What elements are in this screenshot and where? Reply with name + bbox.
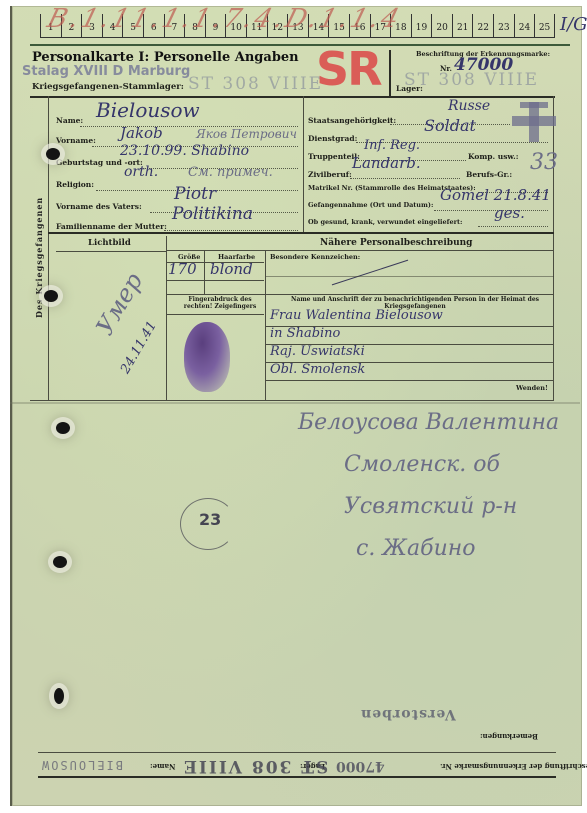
footer-name-label: Name: — [150, 762, 175, 771]
gefangen-value: Gomel 21.8.41 — [440, 186, 551, 204]
religion-value: orth. — [124, 164, 158, 180]
contact-line-3: Raj. Uswiatski — [270, 344, 365, 359]
fingerprint — [184, 322, 230, 392]
zivilberuf-value: Landarb. — [352, 154, 421, 172]
corner-mark: I/G — [560, 14, 587, 35]
footer-lager: ST 308 VIIIE — [182, 756, 328, 776]
komp-label: Komp. usw.: — [468, 152, 519, 161]
contact-line-4: Obl. Smolensk — [270, 362, 365, 377]
name-label: Name: — [56, 116, 83, 125]
pencil-line-2: Смоленск. об — [344, 452, 500, 477]
haarfarbe-value: blond — [210, 260, 253, 278]
bullet-hole — [44, 290, 58, 302]
number-box: 21 — [452, 14, 473, 38]
kennzeichen-line — [266, 276, 554, 277]
number-box: 23 — [493, 14, 514, 38]
bemerkungen-label: Bemerkungen: — [480, 732, 538, 741]
description-divider — [265, 250, 266, 400]
red-number-scrawl: B.1.11.1.1.7.4.D.1.1.4 — [44, 4, 405, 34]
fingerprint-top-rule — [166, 294, 554, 295]
contact-rule-4 — [266, 380, 554, 381]
geburt-value: 23.10.99. Shabino — [120, 143, 249, 159]
description-header: Nähere Personalbeschreibung — [320, 238, 472, 248]
middle-divider — [303, 96, 304, 232]
gefangen-line — [434, 210, 548, 211]
number-box: 19 — [411, 14, 432, 38]
size-value-rule — [166, 280, 264, 281]
photo-label: Lichtbild — [88, 238, 131, 248]
footer-bottom-rule — [38, 776, 556, 778]
photo-divider — [166, 236, 167, 400]
berufs-value: 33 — [530, 150, 558, 175]
gesund-label: Ob gesund, krank, verwundet eingeliefert… — [308, 218, 462, 226]
religion-pencil: См. примеч. — [188, 165, 273, 180]
gesund-value: ges. — [494, 204, 525, 222]
vorname-label: Vorname: — [56, 136, 96, 145]
number-box: 25 — [534, 14, 555, 38]
wenden-label: Wenden! — [516, 384, 548, 392]
religion-label: Religion: — [56, 180, 94, 189]
cross-stamp — [512, 102, 556, 142]
footer-rule — [38, 752, 556, 753]
lager-stamp: ST 308 VIIIE — [404, 70, 539, 90]
bullet-hole — [53, 556, 67, 568]
stammlager-label: Kriegsgefangenen-Stammlager: — [32, 82, 184, 92]
card-title: Personalkarte I: Personelle Angaben — [32, 50, 299, 65]
mutter-label: Familienname der Mutter: — [56, 222, 167, 231]
number-box: 24 — [514, 14, 535, 38]
mutter-line — [164, 230, 298, 231]
footer-number: 47000 — [336, 758, 385, 774]
stammlager-stamp: ST 308 VIIIE — [188, 74, 323, 94]
header-rule — [30, 44, 570, 46]
bullet-hole — [46, 148, 60, 160]
berufs-label: Berufs-Gr.: — [466, 170, 512, 179]
stalag-stamp: Stalag XVIII D Marburg — [22, 64, 190, 79]
truppenteil-value: Inf. Reg. — [364, 138, 420, 153]
left-frame — [48, 96, 49, 401]
dienstgrad-label: Dienstgrad: — [308, 134, 357, 143]
zivilberuf-label: Zivilberuf: — [308, 170, 352, 179]
contact-line-1: Frau Walentina Bielousow — [270, 308, 443, 323]
side-text: Des Kriegsgefangenen — [34, 197, 44, 318]
mutter-value: Politikina — [172, 204, 253, 224]
upper-bottom-rule — [30, 400, 554, 401]
contact-line-2: in Shabino — [270, 326, 340, 341]
verstorben-stamp: Verstorben — [360, 706, 456, 722]
fold-line — [10, 402, 580, 404]
staat-value: Russe — [448, 98, 490, 114]
footer-name: BIELOUSOW — [40, 758, 123, 772]
zivilberuf-line — [350, 178, 460, 179]
photo-rule — [56, 251, 166, 252]
header-divider — [389, 50, 391, 96]
vorname-pencil: Яков Петрович — [196, 127, 297, 141]
number-box: 20 — [431, 14, 452, 38]
fingerprint-label: Fingerabdruck des rechten! Zeigefingers — [180, 296, 260, 310]
name-value: Bielousow — [96, 98, 200, 122]
bullet-hole — [56, 422, 70, 434]
staat-label: Staatsangehörigkeit: — [308, 116, 396, 125]
gefangen-label: Gefangennahme (Ort und Datum): — [308, 201, 433, 209]
vater-value: Piotr — [174, 184, 216, 204]
pencil-line-4: с. Жабино — [356, 536, 475, 561]
fingerprint-rule — [166, 314, 264, 315]
gesund-line — [478, 226, 548, 227]
pencil-line-1: Белоусова Валентина — [298, 410, 559, 435]
vorname-value: Jakob — [120, 124, 163, 142]
pencil-line-3: Усвятский р-н — [344, 494, 517, 519]
circle-stamp-number: 23 — [199, 510, 221, 529]
dienstgrad-value: Soldat — [424, 116, 476, 135]
groesse-divider — [204, 250, 205, 294]
bullet-hole — [54, 688, 64, 704]
footer-label: Beschriftung der Erkennungsmarke Nr. — [440, 762, 587, 771]
groesse-value: 170 — [168, 260, 197, 278]
kennzeichen-label: Besondere Kennzeichen: — [270, 253, 360, 261]
sr-stamp: SR — [316, 42, 381, 96]
description-rule — [166, 250, 554, 251]
section-rule — [48, 232, 554, 234]
number-box: 22 — [472, 14, 493, 38]
vater-label: Vorname des Vaters: — [56, 202, 142, 211]
